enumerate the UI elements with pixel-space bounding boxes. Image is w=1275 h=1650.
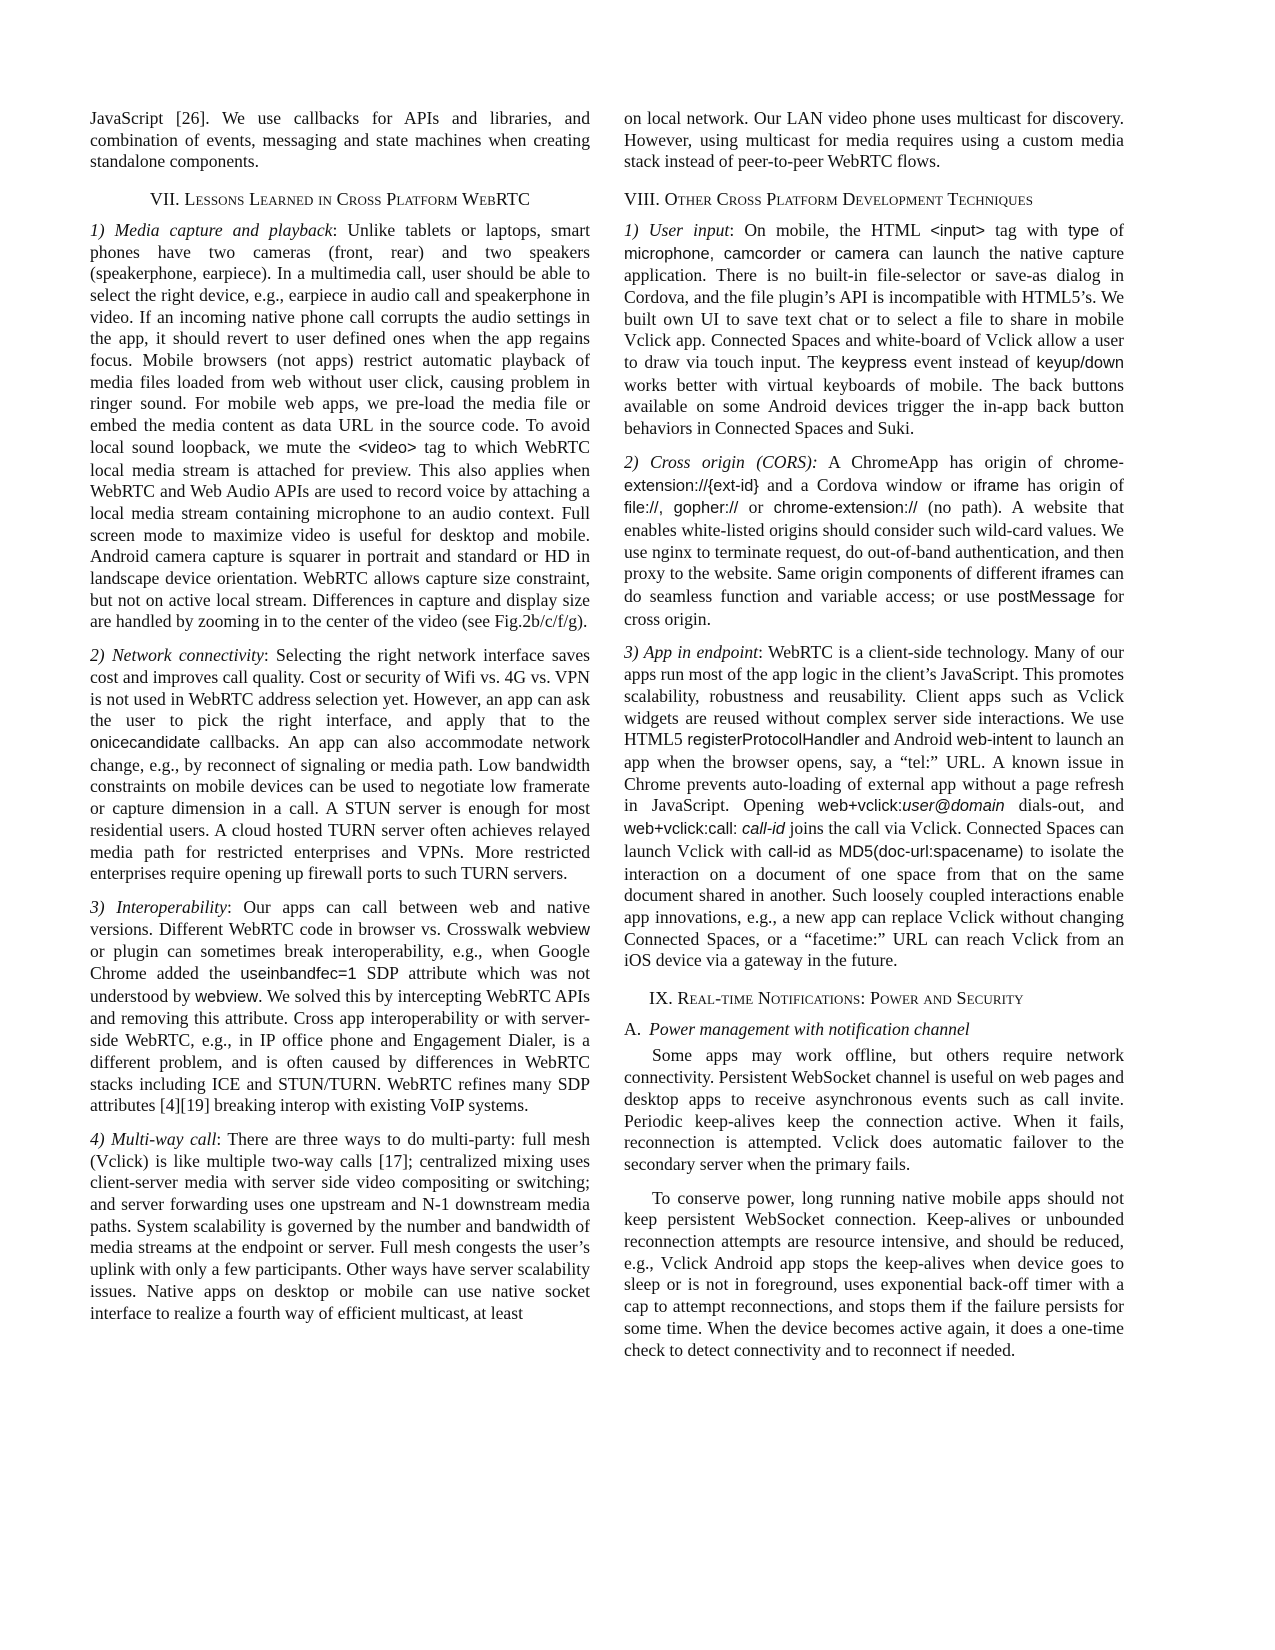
body-text: of	[1099, 220, 1124, 240]
section-heading-ix: IX. Real-time Notifications: Power and S…	[624, 988, 1124, 1010]
paragraph-label: 3) Interoperability	[90, 897, 227, 917]
paragraph-label: 3) App in endpoint	[624, 642, 758, 662]
paragraph-network-connectivity: 2) Network connectivity: Selecting the r…	[90, 645, 590, 885]
code-term: registerProtocolHandler	[687, 731, 859, 749]
body-text: dials-out, and	[1005, 795, 1124, 815]
code-term: webview	[195, 988, 258, 1006]
paragraph-power-1: Some apps may work offline, but others r…	[624, 1045, 1124, 1175]
section-heading-viii: VIII. Other Cross Platform Development T…	[624, 189, 1124, 211]
paragraph-multi-way-call: 4) Multi-way call: There are three ways …	[90, 1129, 590, 1324]
code-term: iframe	[974, 477, 1020, 495]
body-text: and a Cordova window or	[759, 475, 974, 495]
code-term: microphone, camcorder	[624, 245, 801, 263]
paragraph-cross-origin: 2) Cross origin (CORS): A ChromeApp has …	[624, 452, 1124, 631]
paragraph-power-2: To conserve power, long running native m…	[624, 1188, 1124, 1362]
left-column: JavaScript [26]. We use callbacks for AP…	[90, 108, 590, 1336]
code-term: onicecandidate	[90, 734, 200, 752]
body-text: and Android	[860, 729, 957, 749]
code-term-italic: call-id	[742, 820, 785, 838]
code-term: keyup/down	[1037, 354, 1124, 372]
code-term: file://, gopher://	[624, 499, 738, 517]
code-term: webview	[527, 921, 590, 939]
code-term-italic: user@domain	[902, 797, 1004, 815]
body-text: or	[738, 497, 773, 517]
body-text: : Unlike tablets or laptops, smart phone…	[90, 220, 590, 457]
paragraph-label: 2) Network connectivity	[90, 645, 264, 665]
paragraph-label: 4) Multi-way call	[90, 1129, 216, 1149]
code-term: type	[1068, 222, 1099, 240]
body-text: tag to which WebRTC local media stream i…	[90, 437, 590, 632]
code-term: keypress	[841, 354, 907, 372]
body-text: event instead of	[907, 352, 1037, 372]
body-text: : On mobile, the HTML	[729, 220, 930, 240]
paragraph-interoperability: 3) Interoperability: Our apps can call b…	[90, 897, 590, 1117]
code-term: <video>	[358, 439, 416, 457]
code-term: postMessage	[998, 588, 1096, 606]
intro-paragraph: JavaScript [26]. We use callbacks for AP…	[90, 108, 590, 173]
subsection-letter: A.	[624, 1019, 641, 1039]
paragraph-user-input: 1) User input: On mobile, the HTML <inpu…	[624, 220, 1124, 440]
body-text: tag with	[985, 220, 1068, 240]
paragraph-app-in-endpoint: 3) App in endpoint: WebRTC is a client-s…	[624, 642, 1124, 972]
body-text: or	[801, 243, 835, 263]
paragraph-media-capture: 1) Media capture and playback: Unlike ta…	[90, 220, 590, 633]
section-heading-vii: VII. Lessons Learned in Cross Platform W…	[90, 189, 590, 211]
code-term: web+vclick:call:	[624, 820, 737, 838]
body-text: as	[811, 841, 839, 861]
body-text: : There are three ways to do multi-party…	[90, 1129, 590, 1323]
code-term: MD5(doc-url:spacename)	[839, 843, 1024, 861]
code-term: chrome-extension://	[774, 499, 918, 517]
body-text: works better with virtual keyboards of m…	[624, 375, 1124, 438]
body-text: has origin of	[1019, 475, 1124, 495]
paragraph-label: 2) Cross origin (CORS):	[624, 452, 818, 472]
subsection-title: Power management with notification chann…	[649, 1019, 970, 1039]
code-term: <input>	[930, 222, 985, 240]
paragraph-label: 1) Media capture and playback	[90, 220, 332, 240]
code-term: web-intent	[957, 731, 1033, 749]
code-term: web+vclick:	[818, 797, 902, 815]
code-term: camera	[835, 245, 890, 263]
code-term: call-id	[768, 843, 811, 861]
body-text: A ChromeApp has origin of	[818, 452, 1064, 472]
code-term: iframes	[1041, 565, 1095, 583]
body-text: callbacks. An app can also accommodate n…	[90, 732, 590, 883]
paragraph-label: 1) User input	[624, 220, 729, 240]
right-column: on local network. Our LAN video phone us…	[624, 108, 1124, 1373]
intro-paragraph: on local network. Our LAN video phone us…	[624, 108, 1124, 173]
code-term: useinbandfec=1	[240, 965, 356, 983]
subsection-heading-a: A.Power management with notification cha…	[624, 1019, 1124, 1041]
